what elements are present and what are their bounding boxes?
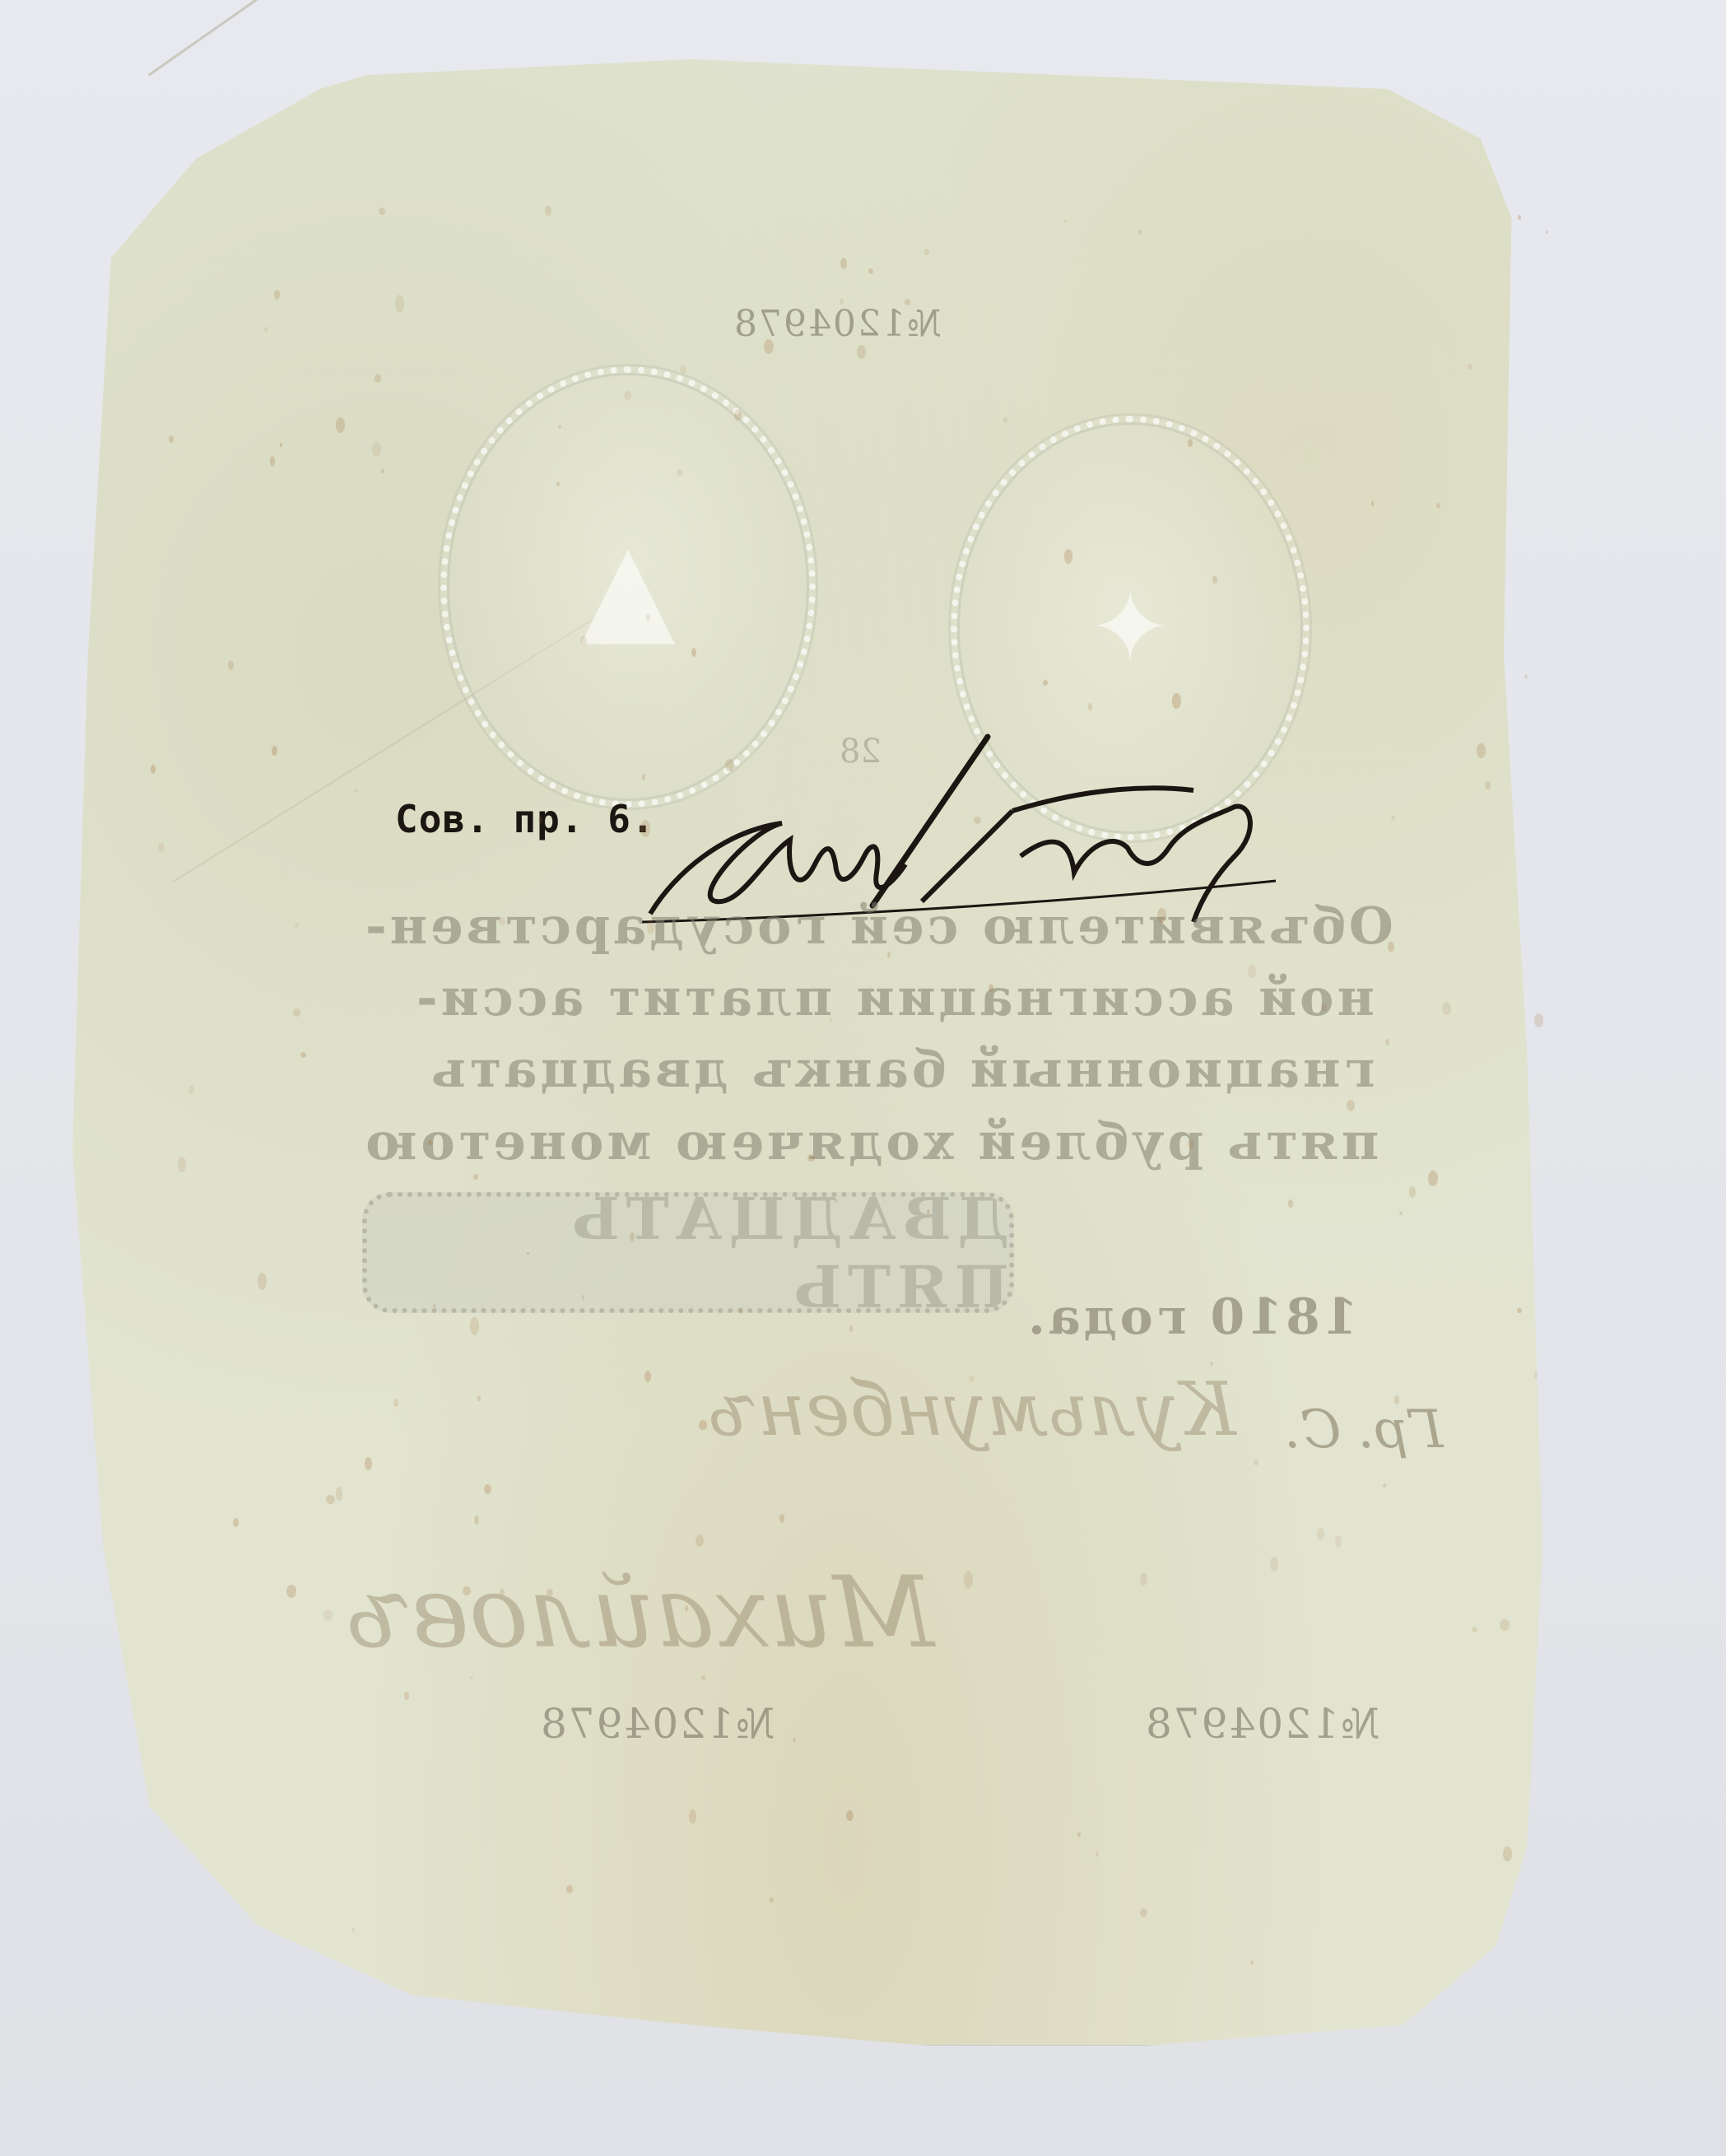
foxing-spot — [258, 1273, 267, 1290]
foxing-spot — [393, 1399, 398, 1407]
foxing-spot — [793, 1738, 796, 1743]
foxing-spot — [734, 409, 741, 420]
foxing-spot — [1140, 1908, 1147, 1917]
foxing-spot — [640, 820, 650, 837]
foxing-spot — [887, 952, 891, 958]
printed-text: ной ассигнации платит асси- — [413, 967, 1375, 1027]
foxing-spot — [630, 1232, 635, 1241]
handwritten-note: Сов. пр. 6. — [395, 797, 655, 841]
foxing-spot — [927, 1209, 930, 1214]
foxing-spot — [857, 345, 866, 359]
foxing-spot — [280, 443, 282, 447]
foxing-spot — [286, 1585, 295, 1598]
year-line: 1810 года. — [1025, 1288, 1357, 1346]
foxing-spot — [151, 765, 156, 774]
foxing-spot — [428, 1140, 433, 1145]
foxing-spot — [300, 1052, 306, 1058]
printed-text-line-1: Объявителю сей государствен- — [362, 896, 1375, 956]
denomination-cartouche: ДВАДЦАТЬ ПЯТЬ — [362, 1192, 1014, 1313]
foxing-spot — [1270, 1557, 1278, 1571]
foxing-spot — [178, 1157, 186, 1172]
printed-text-line-4: пять рублей ходячею монетою — [362, 1111, 1375, 1171]
foxing-spot — [545, 206, 551, 216]
foxing-spot — [1172, 693, 1181, 709]
foxing-spot — [905, 299, 910, 305]
foxing-spot — [580, 636, 587, 645]
foxing-spot — [1248, 965, 1255, 978]
foxing-spot — [1442, 1002, 1451, 1015]
serial-number-top: №1204978 — [733, 303, 942, 345]
foxing-spot — [484, 1484, 491, 1494]
printed-text: Объявителю сей государствен- — [362, 896, 1393, 956]
foxing-spot — [1157, 908, 1166, 924]
foxing-spot — [1003, 417, 1007, 423]
foxing-spot — [474, 1516, 479, 1525]
foxing-spot — [624, 391, 631, 400]
foxing-spot — [395, 295, 404, 314]
foxing-spot — [1077, 1832, 1081, 1837]
foxing-spot — [566, 1885, 573, 1893]
foxing-spot — [1188, 439, 1192, 447]
foxing-spot — [558, 425, 561, 429]
ghost-signature-2: Михайловъ — [346, 1556, 934, 1670]
foxing-spot — [323, 1609, 333, 1621]
foxing-spot — [500, 1589, 504, 1596]
foxing-spot — [989, 984, 993, 992]
foxing-spot — [1485, 781, 1491, 789]
foxing-spot — [846, 1810, 854, 1821]
foxing-spot — [699, 1420, 707, 1430]
year-text: 1810 года. — [1025, 1288, 1357, 1346]
foxing-spot — [1409, 1186, 1416, 1197]
foxing-spot — [1472, 1627, 1477, 1632]
foxing-spot — [1254, 1459, 1258, 1466]
foxing-spot — [336, 1487, 342, 1500]
serial-number-text: №1204978 — [539, 1700, 775, 1748]
foxing-spot — [1500, 1619, 1509, 1631]
foxing-spot — [404, 1692, 409, 1700]
printed-text: пять рублей ходячею монетою — [362, 1111, 1379, 1171]
foxing-spot — [1383, 1483, 1385, 1488]
foxing-spot — [1518, 215, 1521, 220]
foxing-spot — [274, 290, 280, 299]
foxing-spot — [1064, 220, 1067, 223]
paper-crease — [148, 0, 500, 76]
foxing-spot — [372, 442, 380, 456]
foxing-spot — [365, 1457, 372, 1469]
foxing-spot — [375, 374, 381, 383]
printed-text-line-3: гнационный банкъ двадцать — [362, 1039, 1375, 1099]
mountain-emblem-icon: ▲ — [580, 515, 675, 659]
foxing-spot — [228, 660, 234, 669]
signature-abbreviation: Гр. С. — [1284, 1399, 1443, 1460]
foxing-spot — [647, 920, 654, 934]
serial-number-bottom-right: №1204978 — [1144, 1700, 1379, 1748]
foxing-spot — [1546, 231, 1548, 234]
foxing-spot — [264, 327, 268, 332]
foxing-spot — [835, 1199, 838, 1203]
foxing-spot — [1477, 743, 1486, 758]
serial-number-bottom-left: №1204978 — [539, 1700, 775, 1748]
printed-text: гнационный банкъ двадцать — [428, 1039, 1375, 1099]
foxing-spot — [1534, 1372, 1538, 1378]
eagle-emblem-icon: ✦ — [1089, 571, 1172, 686]
foxing-spot — [739, 1307, 743, 1314]
foxing-spot — [1088, 703, 1092, 710]
foxing-spot — [336, 417, 345, 433]
ghost-signature-text: Михайловъ — [346, 1556, 934, 1670]
foxing-spot — [689, 1809, 696, 1823]
foxing-spot — [701, 1675, 705, 1680]
foxing-spot — [680, 366, 686, 374]
serial-number-text: №1204978 — [733, 303, 942, 345]
serial-number-text: №1204978 — [1144, 1700, 1379, 1748]
abbr-text: Гр. С. — [1284, 1399, 1443, 1460]
denomination-text: ДВАДЦАТЬ ПЯТЬ — [367, 1192, 1009, 1313]
foxing-spot — [1517, 1308, 1521, 1313]
foxing-spot — [352, 1927, 356, 1933]
foxing-spot — [499, 917, 505, 925]
foxing-spot — [725, 759, 733, 771]
printed-text-line-2: ной ассигнации платит асси- — [362, 967, 1375, 1027]
foxing-spot — [1043, 680, 1048, 686]
foxing-spot — [1250, 1960, 1254, 1965]
foxing-spot — [1212, 575, 1217, 584]
foxing-spot — [677, 469, 682, 476]
foxing-spot — [470, 1317, 479, 1334]
foxing-spot — [477, 1395, 481, 1401]
foxing-spot — [924, 249, 929, 255]
foxing-spot — [1534, 1013, 1543, 1027]
foxing-spot — [1436, 503, 1440, 509]
foxing-spot — [691, 648, 696, 657]
foxing-spot — [1503, 1846, 1512, 1862]
foxing-spot — [272, 746, 277, 756]
foxing-spot — [1317, 1528, 1324, 1540]
foxing-spot — [463, 1586, 470, 1595]
foxing-spot — [354, 789, 357, 793]
foxing-spot — [1388, 942, 1393, 952]
foxing-spot — [1524, 674, 1528, 679]
